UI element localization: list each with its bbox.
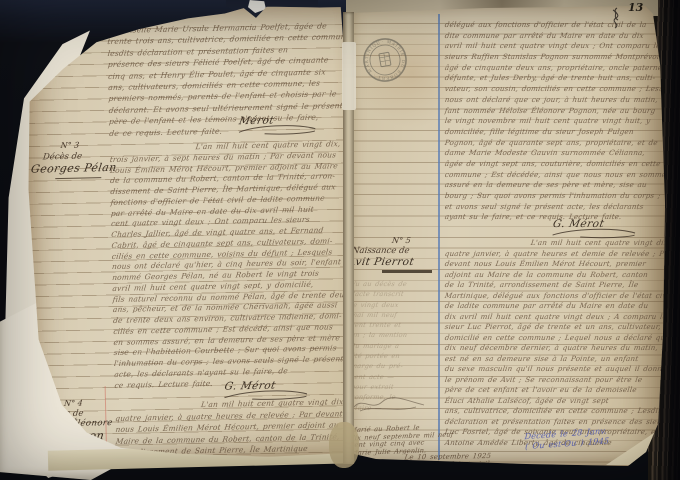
act3-text: L'an mil huit cent quatre vingt dix, et … (109, 139, 362, 392)
left-page: Demoiselle Marie Ursule Hermancia Poelfe… (20, 3, 359, 466)
handwritten-line: vateur, son cousin, domiciliés en cette … (444, 84, 672, 95)
svg-text:· MAIRIE DU ROBERT · MARTINIQU: · MAIRIE DU ROBERT · MARTINIQUE · (357, 32, 409, 85)
marriage-mention-lines: Marié au Robert ledix neuf septembre mil… (350, 422, 469, 456)
stamp-text: · MAIRIE DU ROBERT · MARTINIQUE · (357, 32, 409, 85)
handwritten-line: père de cet enfant et l'avoir eu de la d… (444, 385, 672, 396)
act-number: N° 3 (30, 140, 121, 151)
handwritten-line: le prénom de Avit ; Se reconnaissant pou… (444, 375, 672, 386)
handwritten-line: délégué aux fonctions d'officier de l'ét… (444, 20, 672, 31)
act-number: N° 5 (347, 236, 440, 245)
handwritten-line: L'an mil huit cent quatre vingt dix, et … (444, 238, 672, 249)
handwritten-line: défunte, et Jules Derby, âgé de trente h… (444, 73, 672, 84)
officiant-mention-lines: Le 10 septembre 1925l'officier de l'état… (404, 451, 574, 470)
handwritten-line: âgé de cinquante deux ans, propriétaire,… (444, 63, 672, 74)
handwritten-line: dame Marie Modeste Gauvin surnommée Céli… (444, 148, 672, 159)
handwritten-line: dix avril mil huit cent quatre vingt deu… (444, 312, 672, 323)
handwritten-line: du sexe masculin qu'il nous présente et … (444, 364, 672, 375)
act2-closing-text: Demoiselle Marie Ursule Hermancia Poelfe… (106, 21, 354, 144)
handwritten-line: ans, cultivatrice, domiciliée en cette c… (444, 406, 672, 417)
handwritten-line: assuré en la demeure de ses père et mère… (444, 180, 672, 191)
handwritten-line: le vingt novembre mil huit cent quatre v… (444, 116, 672, 127)
handwritten-line: Martinique, délégué aux fonctions d'offi… (444, 291, 672, 302)
officiant-mention: Le 10 septembre 1925l'officier de l'état… (404, 451, 574, 470)
handwritten-line: du mariage a (350, 342, 438, 352)
binding-glue-blotch (329, 422, 359, 468)
newborn-name: Avit Pierrot (347, 256, 441, 268)
handwritten-line: bourg ; Sur quoi avons permis l'inhumati… (444, 191, 672, 202)
handwritten-line: le vingt deux (350, 301, 438, 311)
handwritten-line: mai mil neuf (350, 311, 438, 321)
page-number: 13 (628, 1, 643, 14)
handwritten-line: pour extrait (350, 383, 438, 393)
handwritten-line: marge du pré- (350, 362, 438, 372)
marriage-mention: Marié au Robert ledix neuf septembre mil… (350, 422, 469, 456)
scanned-register-spread: Demoiselle Marie Ursule Hermancia Poelfe… (0, 0, 680, 480)
handwritten-line: âgée de vingt sept ans, couturière, domi… (444, 159, 672, 170)
handwritten-line: adjoint au Maire de la commune du Robert… (444, 270, 672, 281)
handwritten-line: dix neuf décembre dernier, à quatre heur… (444, 343, 672, 354)
handwritten-line: Pognon, âgé de quarante sept ans, propri… (444, 138, 672, 149)
handwritten-line: domicilié en cette commune ; Lequel nous… (444, 333, 672, 344)
handwritten-line: fant nommée Héloïse Éléonore Pognon, née… (444, 106, 672, 117)
handwritten-line: Éluci Athalie Lalsécof, âgée de vingt se… (444, 396, 672, 407)
handwritten-line: l'acte transcrit (350, 290, 438, 300)
margin-note-act5: N° 5 Naissance de Avit Pierrot (348, 236, 440, 273)
act2-signature-name: Mérot (238, 115, 275, 128)
handwritten-line: nous ont déclaré que ce jour, à huit heu… (444, 95, 672, 106)
act5-text: L'an mil huit cent quatre vingt dix, et … (444, 238, 672, 450)
handwritten-line: de la Trinité, arrondissement de Saint P… (444, 280, 672, 291)
handwritten-line: Vu au décès de (350, 280, 438, 290)
handwritten-line: dite commune par arrêté du Maire en date… (444, 31, 672, 42)
handwritten-line: devant nous Louis Émilien Mérot Hécourt,… (444, 259, 672, 270)
handwritten-line: quatre janvier, à quatre heures et demie… (444, 249, 672, 260)
handwritten-line: sieurs Ruffien Stanislas Pognon surnommé… (444, 52, 672, 63)
handwritten-line: commune ; Est décédée, ainsi que nous no… (444, 170, 672, 181)
act4-signature: G. Mérot (550, 218, 638, 239)
marginal-signature-scrawl (352, 396, 430, 414)
right-page: · MAIRIE DU ROBERT · MARTINIQUE · délégu… (346, 4, 668, 470)
handwritten-line: sieur Luc Pierrot, âgé de trente et un a… (444, 322, 672, 333)
binding-tape-remnant (342, 42, 356, 110)
handwritten-line: est né en sa demeure sise à la Pointe, u… (444, 354, 672, 365)
handwritten-line: de ladite commune par arrêté du Maire en… (444, 301, 672, 312)
handwritten-line: un ; la mention (350, 331, 438, 341)
act4-continuation-text: délégué aux fonctions d'officier de l'ét… (444, 20, 672, 225)
act2-signature: Mérot (236, 114, 318, 137)
handwritten-line: domiciliée, fille légitime du sieur Jose… (444, 127, 672, 138)
margin-thick-underline (382, 270, 432, 273)
handwritten-line: sent acte — (350, 373, 438, 383)
handwritten-line: été portée en (350, 352, 438, 362)
act-type: Naissance de (347, 246, 440, 256)
act4-signature-name: G. Mérot (552, 218, 606, 230)
handwritten-line: avril mil huit cent quatre vingt deux ; … (444, 41, 672, 52)
corner-ink-doodle (608, 6, 626, 30)
handwritten-line: cent trente et (350, 321, 438, 331)
handwritten-line: et avons seul signé le présent acte, les… (444, 202, 672, 213)
official-round-stamp: · MAIRIE DU ROBERT · MARTINIQUE · (357, 32, 413, 88)
handwritten-line: l'officier de l'état civil (404, 459, 574, 470)
